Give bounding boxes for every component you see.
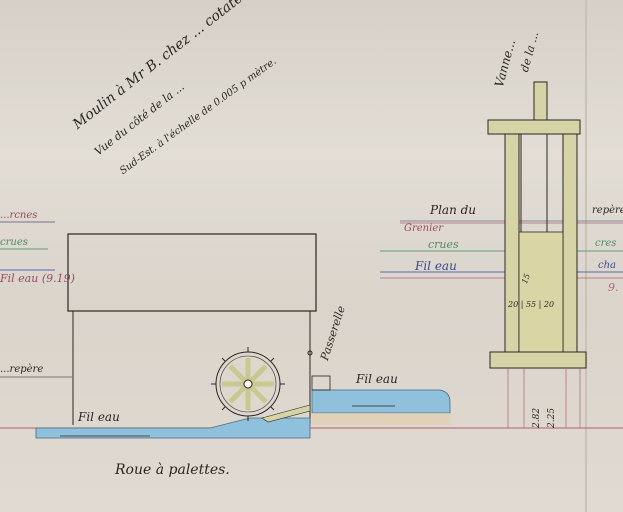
right-level-fil-eau: Fil eau — [415, 259, 457, 273]
left-level-fil-eau: Fil eau (9.19) — [0, 272, 75, 285]
fil-eau-right-label: Fil eau — [356, 372, 398, 386]
left-level-repere: ...repère — [0, 364, 43, 375]
right-level-grenier: Grenier — [404, 223, 443, 234]
far-right-2: cres — [595, 238, 616, 249]
depth-dimension-b: 2.25 — [547, 408, 557, 428]
left-level-crues: crues — [0, 237, 28, 248]
water-wheel — [211, 347, 285, 421]
far-right-1: repère — [592, 205, 623, 216]
post-width-dimensions: 20 | 55 | 20 — [508, 300, 554, 309]
far-right-number: 9. — [608, 281, 619, 294]
mill-roof-block — [68, 234, 316, 311]
drawing — [0, 0, 623, 512]
headrace-water — [312, 390, 450, 413]
left-level-1: ...rcnes — [0, 210, 37, 221]
depth-dimension-a: 2.82 — [532, 408, 542, 428]
fil-eau-left-label: Fil eau — [78, 410, 120, 424]
right-level-plan: Plan du — [430, 203, 476, 217]
caption-roue-a-palettes: Roue à palettes. — [115, 462, 230, 478]
right-level-crues: crues — [428, 238, 459, 251]
sluice-gate — [488, 82, 586, 428]
far-right-3: cha — [598, 260, 616, 271]
